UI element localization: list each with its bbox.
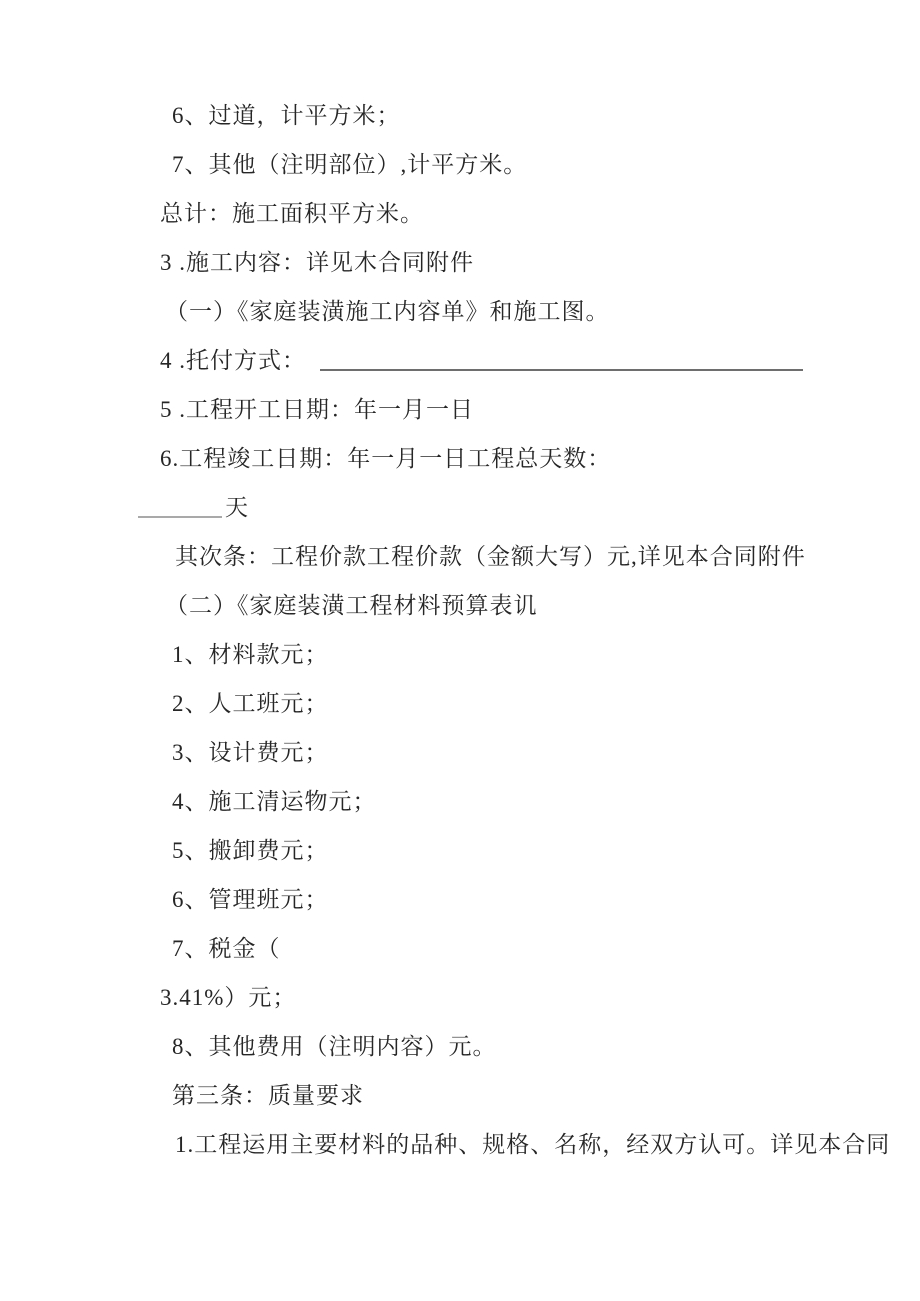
contract-line-construction-content: 3 .施工内容：详见木合同附件: [160, 251, 920, 275]
contract-line-completion-date: 6.工程竣工日期：年一月一日工程总天数：: [160, 447, 920, 471]
contract-line-management-fee: 6、管理班元；: [172, 888, 920, 912]
days-suffix-label: 天: [225, 495, 249, 520]
contract-line-materials-approval: 1.工程运用主要材料的品种、规格、名称，经双方认可。详见本合同: [175, 1133, 920, 1157]
contract-line-tax-open-paren: 7、税金（: [172, 937, 920, 961]
fill-in-blank-underline: [138, 516, 222, 518]
fill-in-blank-underline: [320, 369, 803, 371]
document-page: 6、过道，计平方米； 7、其他（注明部位）,计平方米。 总计：施工面积平方米。 …: [0, 0, 920, 1301]
contract-line-total-area: 总计：施工面积平方米。: [160, 202, 920, 226]
contract-line-handling-fee: 5、搬卸费元；: [172, 839, 920, 863]
contract-line-article-three-quality: 第三条：质量要求: [172, 1084, 920, 1108]
contract-line-labor-fee: 2、人工班元；: [172, 692, 920, 716]
contract-line-debris-removal-fee: 4、施工清运物元；: [172, 790, 920, 814]
contract-line-payment-method: 4 .托付方式：: [160, 349, 920, 373]
contract-line-attachment-one: （一）《家庭装潢施工内容单》和施工图。: [165, 300, 920, 324]
payment-method-label: 4 .托付方式：: [160, 348, 306, 373]
contract-line-start-date: 5 .工程开工日期：年一月一日: [160, 398, 920, 422]
contract-line-article-two-price: 其次条：工程价款工程价款（金额大写）元,详见本合同附件: [175, 545, 920, 569]
contract-line-corridor-area: 6、过道，计平方米；: [172, 104, 920, 128]
contract-line-design-fee: 3、设计费元；: [172, 741, 920, 765]
contract-line-material-fee: 1、材料款元；: [172, 643, 920, 667]
contract-line-attachment-two: （二）《家庭装潢工程材料预算表讥: [165, 594, 920, 618]
contract-line-total-days: 天: [138, 496, 920, 520]
contract-line-other-area: 7、其他（注明部位）,计平方米。: [172, 153, 920, 177]
contract-line-tax-rate: 3.41%）元；: [160, 986, 920, 1010]
contract-line-other-fees: 8、其他费用（注明内容）元。: [172, 1035, 920, 1059]
